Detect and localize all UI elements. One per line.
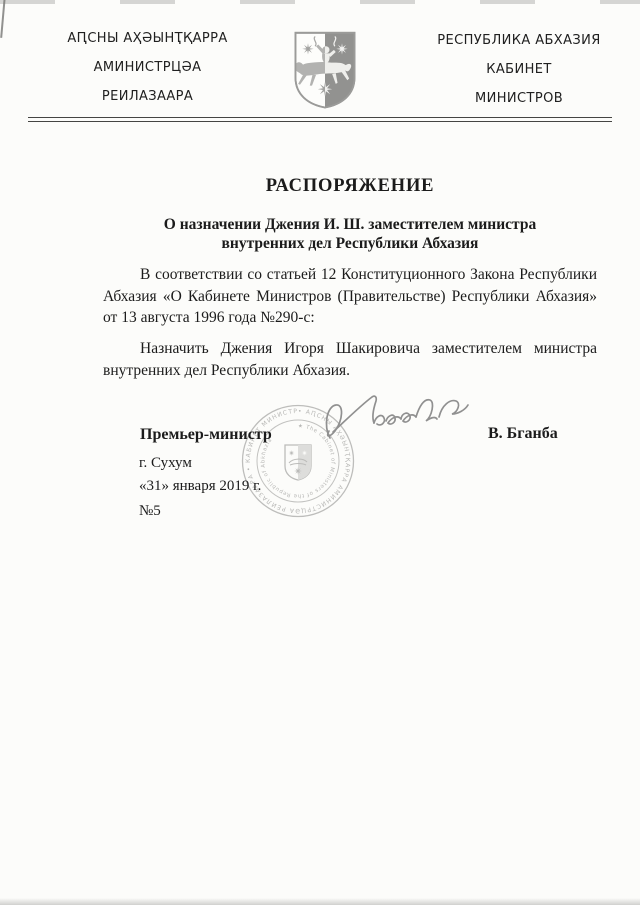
doc-number: №5 xyxy=(139,503,161,520)
signer-post-title: Премьер-министр xyxy=(140,426,272,444)
date-line: «31» января 2019 г. xyxy=(139,478,261,495)
org-name-line: МИНИСТРОВ xyxy=(418,92,620,106)
handwritten-signature xyxy=(320,392,480,450)
paragraph-line: внутренних дел Республики Абхазия. xyxy=(103,360,597,382)
org-name-line: РЕСПУБЛИКА АБХАЗИЯ xyxy=(418,34,620,48)
doc-subject-line: внутренних дел Республики Абхазия xyxy=(103,235,597,254)
letterhead-left-org: АԤСНЫ АҲӘЫНҬҚАРРА АМИНИСТРЦӘА РЕИЛАЗААРА xyxy=(30,32,265,104)
city-line: г. Сухум xyxy=(139,455,192,472)
scan-artifact-top xyxy=(0,0,640,4)
doc-subject-line: О назначении Джения И. Ш. заместителем м… xyxy=(103,216,597,235)
org-name-line: АМИНИСТРЦӘА xyxy=(30,61,265,75)
scan-artifact-bottom xyxy=(0,898,640,905)
scanned-decree-page: АԤСНЫ АҲӘЫНҬҚАРРА АМИНИСТРЦӘА РЕИЛАЗААРА xyxy=(0,0,640,905)
letterhead-right-org: РЕСПУБЛИКА АБХАЗИЯ КАБИНЕТ МИНИСТРОВ xyxy=(418,34,620,106)
paragraph-line: Абхазия «О Кабинете Министров (Правитель… xyxy=(103,286,597,308)
coat-of-arms-icon xyxy=(291,27,359,112)
signer-name: В. Бганба xyxy=(488,425,558,443)
paragraph-line: от 13 августа 1996 года №290-с: xyxy=(103,307,597,329)
paragraph-line: Назначить Джения Игоря Шакировича замест… xyxy=(103,338,597,360)
paragraph-line: В соответствии со статьей 12 Конституцио… xyxy=(103,264,597,286)
paragraph-legal-basis: В соответствии со статьей 12 Конституцио… xyxy=(103,264,597,329)
org-name-line: АԤСНЫ АҲӘЫНҬҚАРРА xyxy=(30,32,265,46)
org-name-line: РЕИЛАЗААРА xyxy=(30,90,265,104)
org-name-line: КАБИНЕТ xyxy=(418,63,620,77)
letterhead-divider-rule xyxy=(28,117,612,122)
doc-subject: О назначении Джения И. Ш. заместителем м… xyxy=(103,216,597,253)
paragraph-appointment: Назначить Джения Игоря Шакировича замест… xyxy=(103,338,597,381)
scan-artifact-top-left xyxy=(0,0,9,38)
stamp-crest xyxy=(285,445,311,480)
doc-title: РАСПОРЯЖЕНИЕ xyxy=(103,176,597,197)
